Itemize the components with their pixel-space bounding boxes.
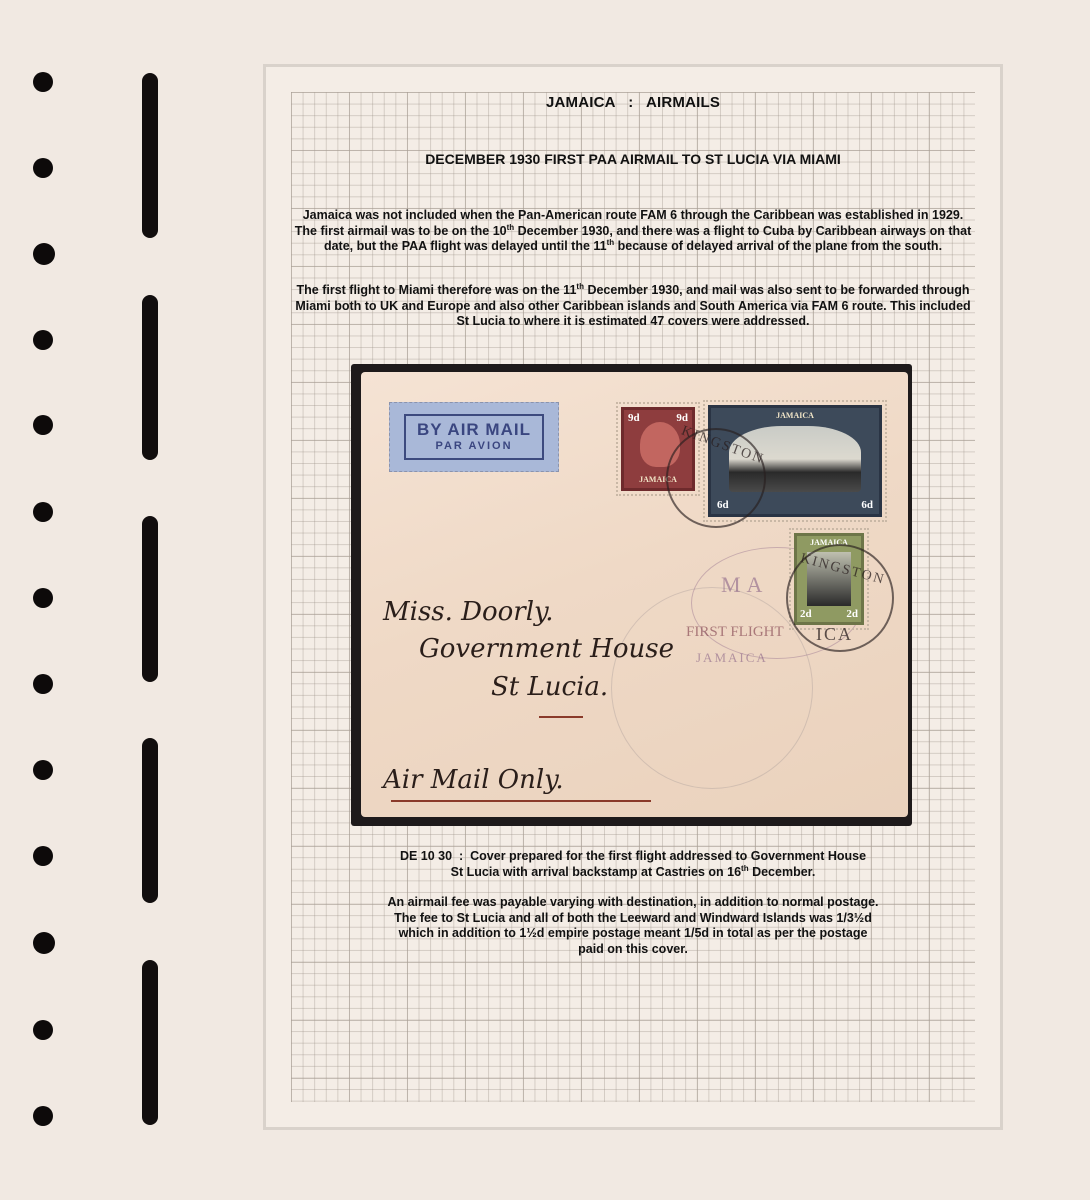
- binder-hole: [33, 674, 53, 694]
- page-subtitle: DECEMBER 1930 FIRST PAA AIRMAIL TO ST LU…: [266, 151, 1000, 167]
- airmail-label-line2: PAR AVION: [406, 440, 542, 452]
- cachet-text-1: MA: [721, 572, 768, 598]
- binder-hole: [33, 932, 55, 954]
- binder-hole: [33, 1020, 53, 1040]
- rate-notes: An airmail fee was payable varying with …: [266, 895, 1000, 957]
- binder-hole: [33, 1106, 53, 1126]
- air-mail-only-instruction: Air Mail Only.: [383, 765, 564, 795]
- binder-slot: [142, 738, 158, 903]
- address-line-1: Government House: [419, 634, 674, 664]
- binder-hole: [33, 846, 53, 866]
- binder-slot: [142, 516, 158, 682]
- cover-caption: DE 10 30 : Cover prepared for the first …: [266, 849, 1000, 880]
- binder-hole: [33, 330, 53, 350]
- intro-paragraph-2: The first flight to Miami therefore was …: [266, 283, 1000, 330]
- binder-hole: [33, 588, 53, 608]
- airmail-label-line1: BY AIR MAIL: [406, 420, 542, 440]
- binder-hole: [33, 243, 55, 265]
- underline: [539, 716, 583, 718]
- binder-hole: [33, 760, 53, 780]
- cachet-text-3: JAMAICA: [696, 650, 768, 666]
- stamp-country: JAMAICA: [711, 411, 879, 420]
- addressee-name: Miss. Doorly.: [383, 597, 554, 627]
- stamp-value: 6d: [861, 499, 873, 511]
- stamp-value: 9d: [676, 412, 688, 424]
- intro-paragraph-1: Jamaica was not included when the Pan-Am…: [266, 208, 1000, 255]
- postmark-text: ICA: [816, 624, 853, 645]
- binder-hole: [33, 502, 53, 522]
- binder-slot: [142, 960, 158, 1125]
- airmail-cover: BY AIR MAIL PAR AVION MA FIRST FLIGHT JA…: [361, 372, 908, 817]
- page-header: JAMAICA : AIRMAILS: [266, 94, 1000, 111]
- binder-hole: [33, 158, 53, 178]
- binder-slot: [142, 295, 158, 460]
- binder-hole: [33, 415, 53, 435]
- address-line-2: St Lucia.: [491, 672, 608, 702]
- binder-hole: [33, 72, 53, 92]
- underline: [391, 800, 651, 802]
- stamp-value: 9d: [628, 412, 640, 424]
- cachet-text-2: FIRST FLIGHT: [686, 624, 784, 641]
- binder-slot: [142, 73, 158, 238]
- airmail-etiquette: BY AIR MAIL PAR AVION: [389, 402, 559, 472]
